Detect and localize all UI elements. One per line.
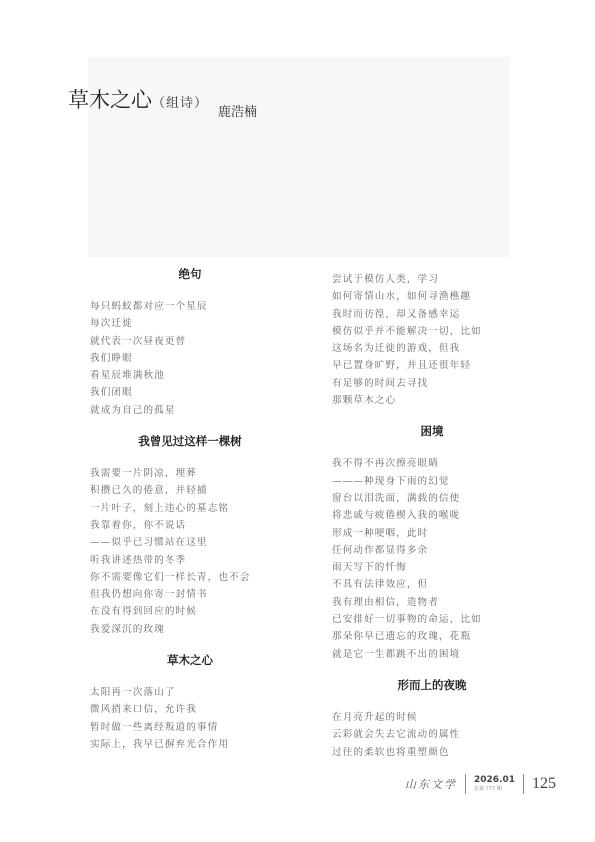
poem-line: 那朵你早已遗忘的玫瑰，花瓶 <box>332 628 532 645</box>
issue-total: 总第 777 期 <box>474 787 515 792</box>
right-column: 尝试于模仿人类，学习 如何寄情山水，如何寻渔樵趣 我时而彷徨，却又备感幸运 模仿… <box>332 271 532 761</box>
poem-line: ——似乎已习惯站在这里 <box>90 534 290 551</box>
poem-line: 那颗草木之心 <box>332 392 532 409</box>
poem-line: 形成一种哽咽，此时 <box>332 525 532 542</box>
poem-lines: 我不得不再次擦亮眼睛 ———种现身下雨的幻觉 窗台以泪洗面，满载的信使 将悲戚与… <box>332 455 532 663</box>
poem-line: 如何寄情山水，如何寻渔樵趣 <box>332 288 532 305</box>
poem-line: 我有理由相信，造物者 <box>332 594 532 611</box>
author-name: 鹿浩楠 <box>218 101 257 120</box>
poem-lines: 太阳再一次落山了 微风捎来口信，允许我 暂时做一些离经叛道的事情 实际上，我早已… <box>90 684 290 753</box>
poem-line: 看星辰堆满秋池 <box>90 367 290 384</box>
poem-title: 我曾见过这样一棵树 <box>90 433 290 450</box>
poem-title: 草木之心 <box>90 652 290 669</box>
poem-line: 我需要一片阴凉，埋葬 <box>90 465 290 482</box>
issue-date: 2026.01 <box>474 776 515 785</box>
poem-line: 过往的柔软也将重塑颜色 <box>332 744 532 761</box>
poem-line: 每只蚂蚁都对应一个星辰 <box>90 298 290 315</box>
poem-line: 就是它一生都跳不出的困境 <box>332 646 532 663</box>
poem-line: 我们闭眼 <box>90 384 290 401</box>
poem-line: 我不得不再次擦亮眼睛 <box>332 455 532 472</box>
poem-line: 你不需要像它们一样长青，也不会 <box>90 569 290 586</box>
poem-line: 这场名为迁徙的游戏，但我 <box>332 340 532 357</box>
poem-line: 雨天写下的忏悔 <box>332 559 532 576</box>
poem-line: 暂时做一些离经叛道的事情 <box>90 719 290 736</box>
poem-line: 一片叶子，刻上违心的墓志铭 <box>90 500 290 517</box>
poem-line: 早已置身旷野，并且还很年轻 <box>332 357 532 374</box>
poem-line: 积攒已久的倦意，并轻捕 <box>90 482 290 499</box>
poem-lines: 在月亮升起的时候 云彩就会失去它流动的属性 过往的柔软也将重塑颜色 <box>332 709 532 761</box>
poem-line: 不具有法律效应，但 <box>332 576 532 593</box>
footer-divider <box>465 774 466 794</box>
poem-line: 尝试于模仿人类，学习 <box>332 271 532 288</box>
poem-line: 我靠着你，你不说话 <box>90 517 290 534</box>
poem-line: 但我仍想向你寄一封情书 <box>90 586 290 603</box>
poem-title: 困境 <box>332 423 532 440</box>
article-title: 草木之心（组诗） <box>68 84 208 114</box>
poem-line: 实际上，我早已摒弃光合作用 <box>90 736 290 753</box>
poem-lines: 我需要一片阴凉，埋葬 积攒已久的倦意，并轻捕 一片叶子，刻上违心的墓志铭 我靠着… <box>90 465 290 638</box>
poem-line: 我爱深沉的玫瑰 <box>90 621 290 638</box>
poem-line: 云彩就会失去它流动的属性 <box>332 726 532 743</box>
poem-line: 窗台以泪洗面，满载的信使 <box>332 490 532 507</box>
poem-line: 在没有得到回应的时候 <box>90 603 290 620</box>
poem-line: 听我讲述热带的冬季 <box>90 552 290 569</box>
poem-line: 就代表一次昼夜更替 <box>90 333 290 350</box>
title-subtitle: （组诗） <box>152 96 208 111</box>
magazine-logo: 山东文学 <box>405 776 457 792</box>
poem-line: 将悲戚与疲倦楔入我的喉咙 <box>332 507 532 524</box>
poem-line: 我们睁眼 <box>90 350 290 367</box>
poem-line: 在月亮升起的时候 <box>332 709 532 726</box>
poem-line: 每次迁徙 <box>90 315 290 332</box>
poem-line: 任何动作都显得多余 <box>332 542 532 559</box>
poem-continuation-lines: 尝试于模仿人类，学习 如何寄情山水，如何寻渔樵趣 我时而彷徨，却又备感幸运 模仿… <box>332 271 532 409</box>
poem-line: 微风捎来口信，允许我 <box>90 701 290 718</box>
poem-line: 已安排好一切事物的命运，比如 <box>332 611 532 628</box>
footer-divider <box>523 774 524 794</box>
poem-line: ———种现身下雨的幻觉 <box>332 473 532 490</box>
page-number: 125 <box>532 775 556 793</box>
poem-title: 形而上的夜晚 <box>332 677 532 694</box>
issue-info: 2026.01 总第 777 期 <box>474 776 515 792</box>
poem-line: 太阳再一次落山了 <box>90 684 290 701</box>
poem-line: 我时而彷徨，却又备感幸运 <box>332 306 532 323</box>
poem-line: 就成为自己的孤星 <box>90 402 290 419</box>
poem-line: 有足够的时间去寻找 <box>332 375 532 392</box>
poem-lines: 每只蚂蚁都对应一个星辰 每次迁徙 就代表一次昼夜更替 我们睁眼 看星辰堆满秋池 … <box>90 298 290 419</box>
left-column: 绝句 每只蚂蚁都对应一个星辰 每次迁徙 就代表一次昼夜更替 我们睁眼 看星辰堆满… <box>90 266 290 753</box>
poem-title: 绝句 <box>90 266 290 283</box>
poem-line: 模仿似乎并不能解决一切，比如 <box>332 323 532 340</box>
title-main: 草木之心 <box>68 88 152 112</box>
page-footer: 山东文学 2026.01 总第 777 期 125 <box>405 772 556 796</box>
